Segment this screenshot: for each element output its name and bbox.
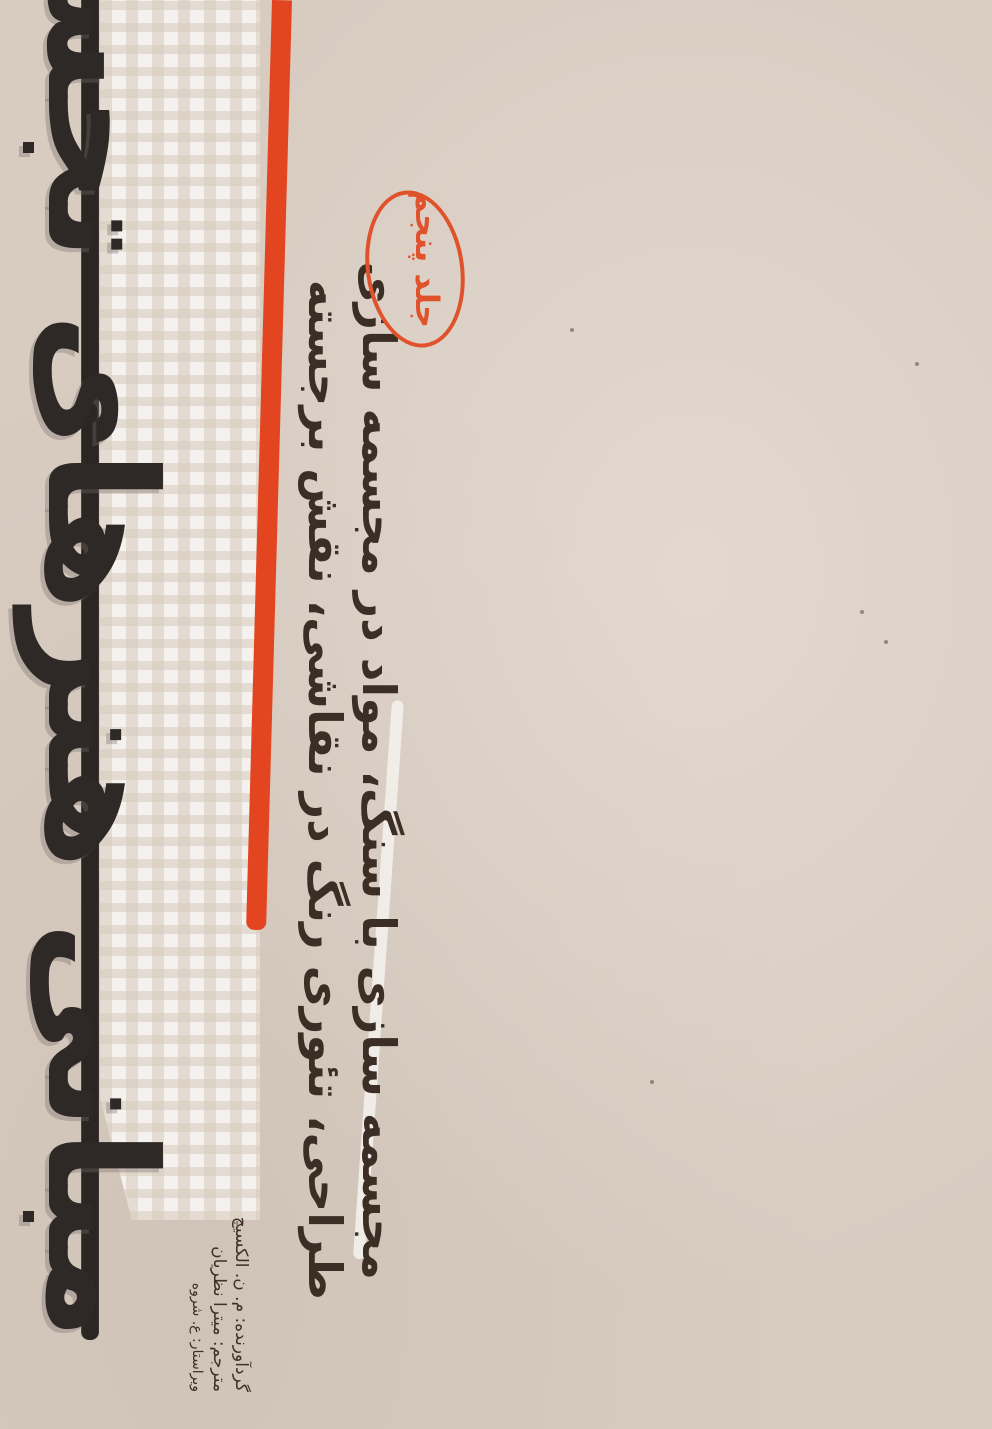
volume-label: جلد پنجم [408, 208, 446, 328]
paper-speck [860, 610, 864, 614]
translator-credit: مترجم: میترا نظریان [208, 1072, 230, 1392]
book-title: مبانی هنرهای تجسمی [20, 20, 180, 1340]
credits-block: گردآورنده: م. ن. الکسیچ مترجم: میترا نظر… [186, 1072, 252, 1392]
subtitle-line-1: طراحی، تئوری رنگ در نقاشی، نقش برجسته [298, 200, 352, 1300]
book-cover: مبانی هنرهای تجسمی طراحی، تئوری رنگ در ن… [0, 0, 992, 1429]
paper-speck [915, 362, 919, 366]
paper-speck [570, 328, 574, 332]
editor-credit: ویراستار: ع. شروه [186, 1072, 208, 1392]
compiler-credit: گردآورنده: م. ن. الکسیچ [230, 1072, 252, 1392]
paper-speck [884, 640, 888, 644]
subtitle-line-2: مجسمه سازی با سنگ، مواد در مجسمه سازی [352, 380, 406, 1280]
paper-speck [650, 1080, 654, 1084]
